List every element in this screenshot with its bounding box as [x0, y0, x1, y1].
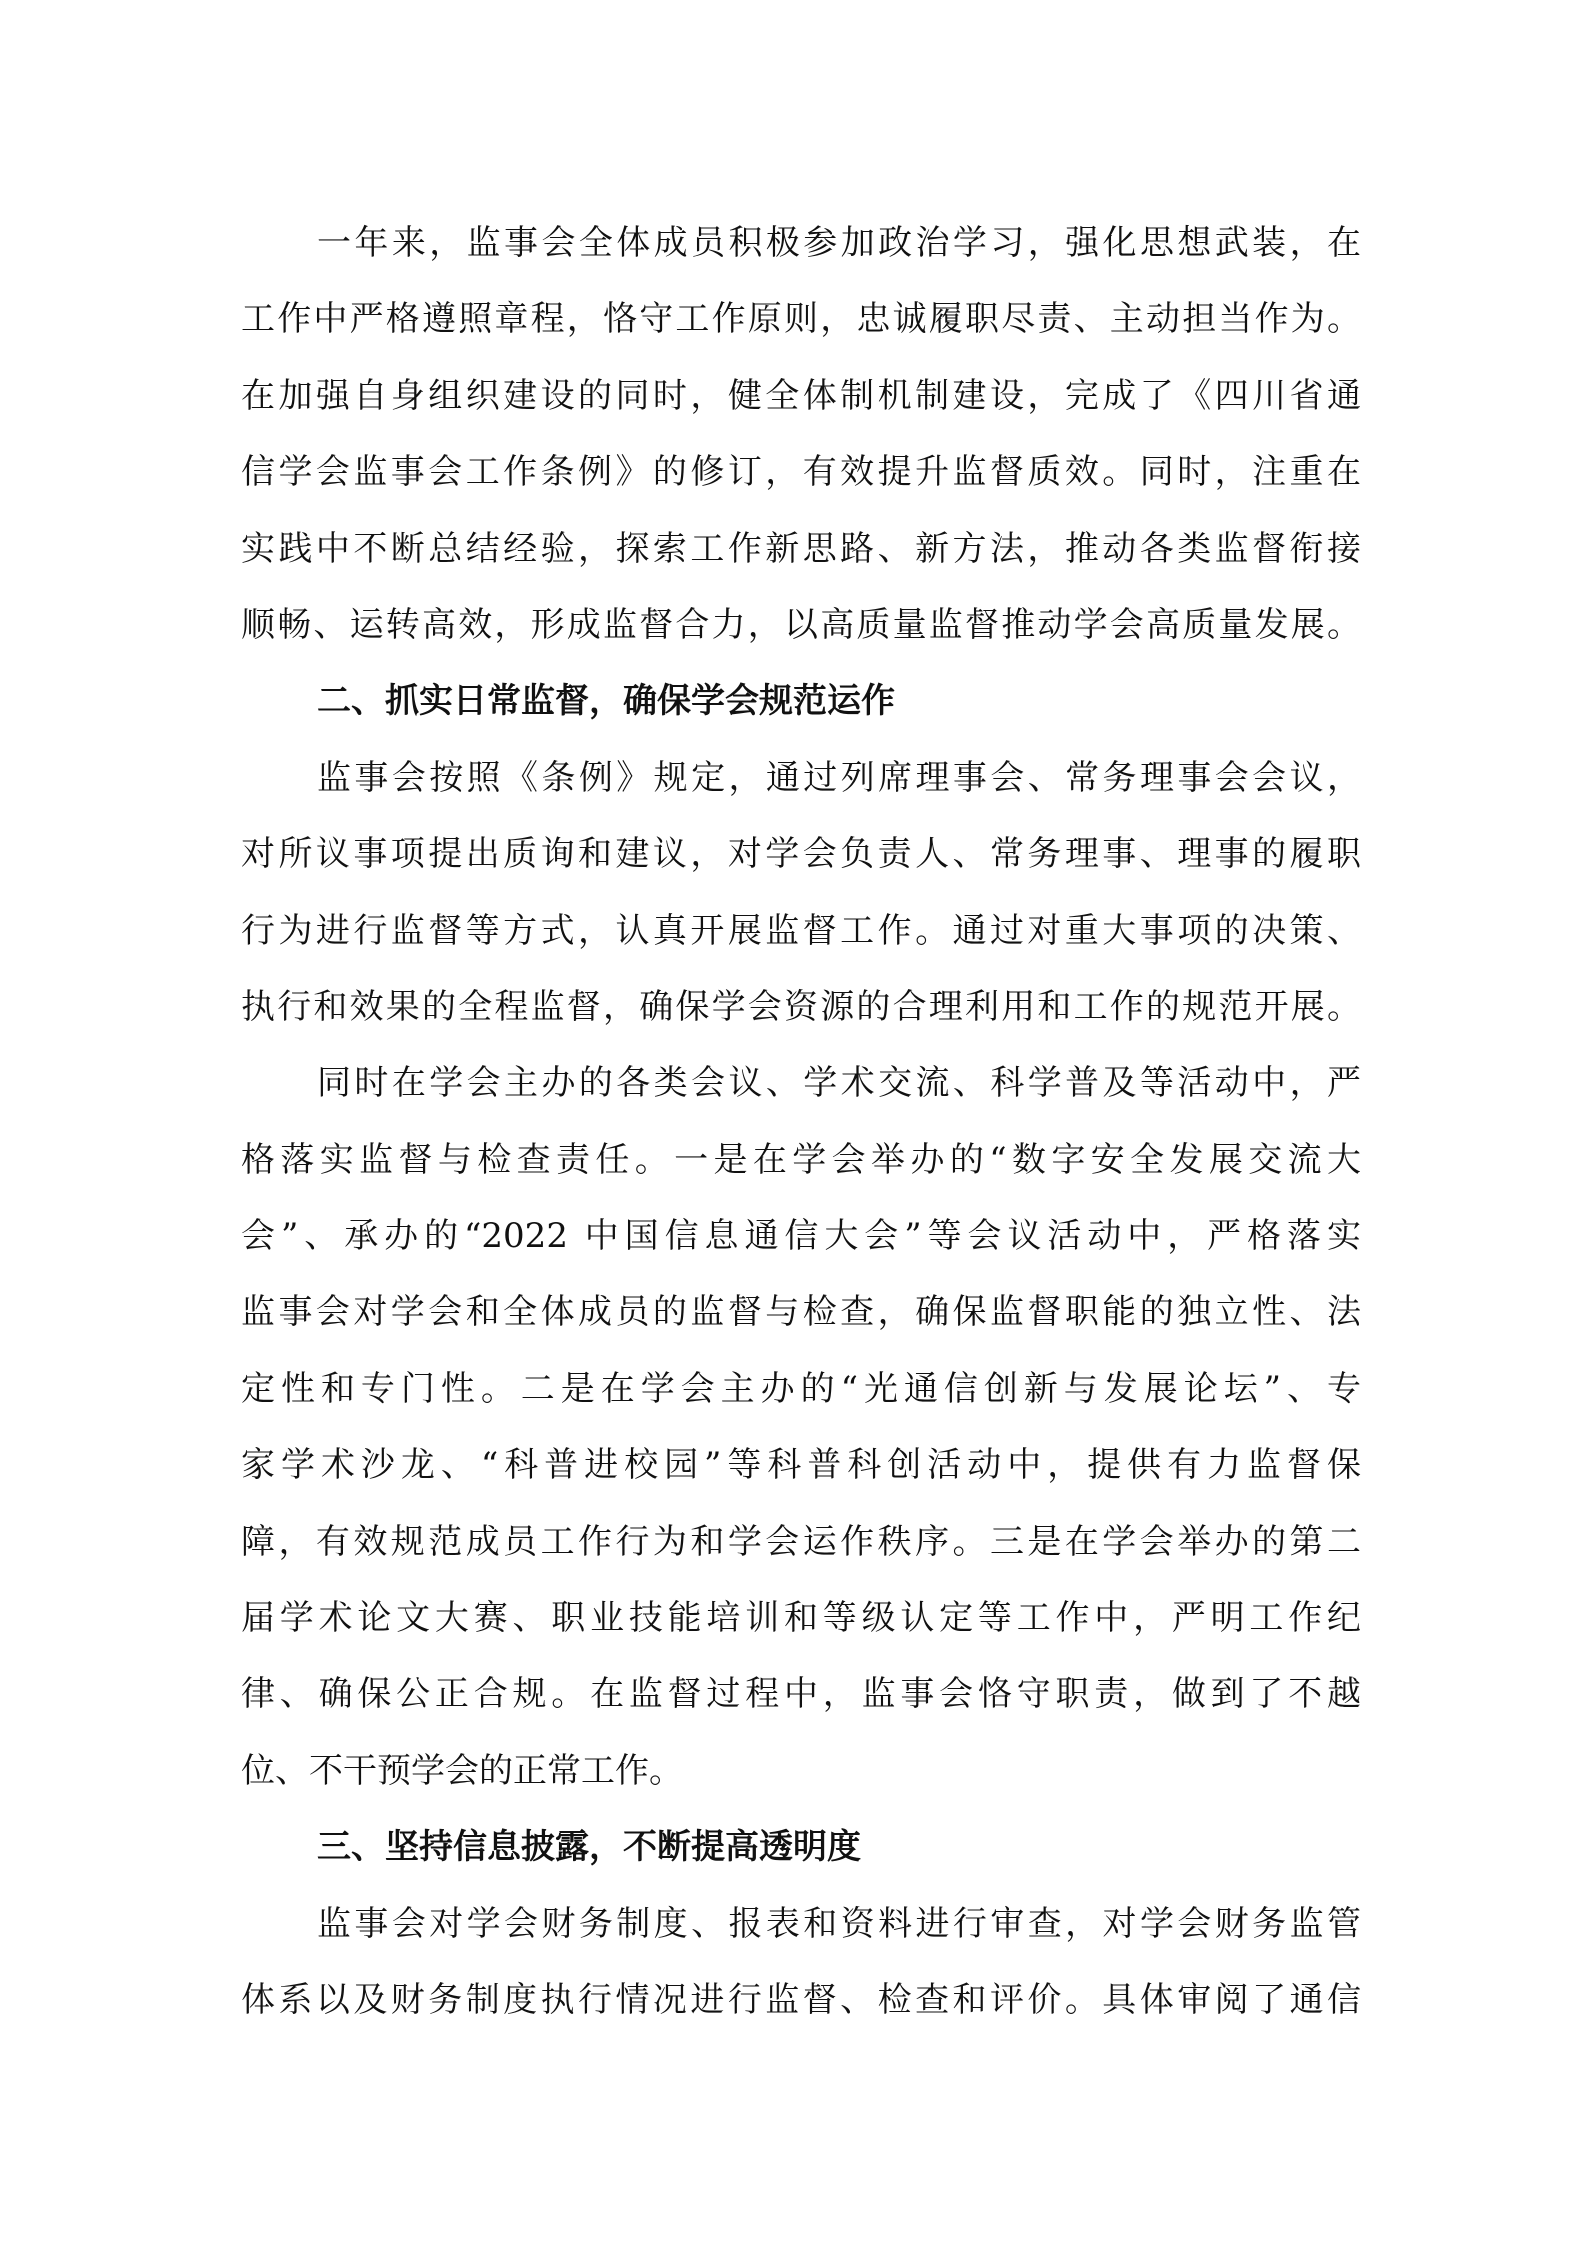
paragraph-financial-review: 监事会对学会财务制度、报表和资料进行审查，对学会财务监管 体系以及财务制度执行情…	[241, 1886, 1361, 2039]
text-line: 位、不干预学会的正常工作。	[241, 1733, 1361, 1809]
text-line: 定性和专门性。二是在学会主办的“光通信创新与发展论坛”、专	[241, 1351, 1361, 1427]
text-line: 监事会对学会和全体成员的监督与检查，确保监督职能的独立性、法	[241, 1274, 1361, 1350]
section-heading-information-disclosure: 三、坚持信息披露，不断提高透明度	[241, 1809, 1361, 1885]
text-line: 工作中严格遵照章程，恪守工作原则，忠诚履职尽责、主动担当作为。	[241, 281, 1361, 357]
document-page: 一年来，监事会全体成员积极参加政治学习，强化思想武装，在 工作中严格遵照章程，恪…	[0, 0, 1587, 2245]
text-line: 届学术论文大赛、职业技能培训和等级认定等工作中，严明工作纪	[241, 1580, 1361, 1656]
text-line: 障，有效规范成员工作行为和学会运作秩序。三是在学会举办的第二	[241, 1504, 1361, 1580]
text-line: 实践中不断总结经验，探索工作新思路、新方法，推动各类监督衔接	[241, 511, 1361, 587]
text-line: 监事会对学会财务制度、报表和资料进行审查，对学会财务监管	[241, 1886, 1361, 1962]
text-line: 监事会按照《条例》规定，通过列席理事会、常务理事会会议，	[241, 740, 1361, 816]
text-line: 同时在学会主办的各类会议、学术交流、科学普及等活动中，严	[241, 1045, 1361, 1121]
text-line: 一年来，监事会全体成员积极参加政治学习，强化思想武装，在	[241, 205, 1361, 281]
text-line: 行为进行监督等方式，认真开展监督工作。通过对重大事项的决策、	[241, 893, 1361, 969]
text-line: 在加强自身组织建设的同时，健全体制机制建设，完成了《四川省通	[241, 358, 1361, 434]
text-line: 对所议事项提出质询和建议，对学会负责人、常务理事、理事的履职	[241, 816, 1361, 892]
paragraph-daily-supervision: 监事会按照《条例》规定，通过列席理事会、常务理事会会议， 对所议事项提出质询和建…	[241, 740, 1361, 1046]
text-line: 家学术沙龙、“科普进校园”等科普科创活动中，提供有力监督保	[241, 1427, 1361, 1503]
text-line: 格落实监督与检查责任。一是在学会举办的“数字安全发展交流大	[241, 1122, 1361, 1198]
text-line: 信学会监事会工作条例》的修订，有效提升监督质效。同时，注重在	[241, 434, 1361, 510]
section-heading-daily-supervision: 二、抓实日常监督，确保学会规范运作	[241, 663, 1361, 739]
paragraph-achievements: 一年来，监事会全体成员积极参加政治学习，强化思想武装，在 工作中严格遵照章程，恪…	[241, 205, 1361, 663]
text-line: 会”、承办的“2022 中国信息通信大会”等会议活动中，严格落实	[241, 1198, 1361, 1274]
text-line: 律、确保公正合规。在监督过程中，监事会恪守职责，做到了不越	[241, 1656, 1361, 1732]
text-line: 顺畅、运转高效，形成监督合力，以高质量监督推动学会高质量发展。	[241, 587, 1361, 663]
paragraph-activity-supervision: 同时在学会主办的各类会议、学术交流、科学普及等活动中，严 格落实监督与检查责任。…	[241, 1045, 1361, 1809]
text-line: 体系以及财务制度执行情况进行监督、检查和评价。具体审阅了通信	[241, 1962, 1361, 2038]
text-line: 执行和效果的全程监督，确保学会资源的合理利用和工作的规范开展。	[241, 969, 1361, 1045]
document-body: 一年来，监事会全体成员积极参加政治学习，强化思想武装，在 工作中严格遵照章程，恪…	[241, 205, 1361, 2038]
